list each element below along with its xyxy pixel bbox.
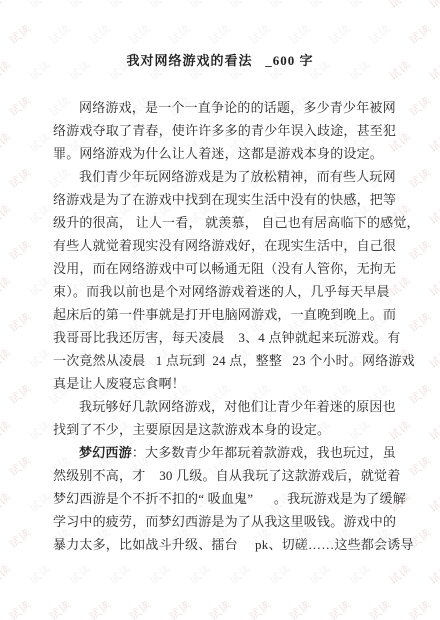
watermark-text: 试读	[206, 596, 235, 620]
watermark-text: 试读	[406, 236, 435, 264]
watermark-text: 试读	[126, 596, 155, 620]
watermark-text: 试读	[286, 20, 315, 48]
watermark-text: 试读	[66, 560, 95, 588]
watermark-text: 试读	[186, 560, 215, 588]
watermark-text: 试读	[6, 164, 35, 192]
watermark-text: 试读	[86, 596, 115, 620]
text-line: 束）。而我以前也是个对网络游戏着迷的人，几乎每天早晨	[53, 280, 393, 303]
watermark-text: 试读	[0, 560, 14, 588]
watermark-text: 试读	[0, 416, 14, 444]
watermark-text: 试读	[246, 596, 275, 620]
watermark-text: 试读	[0, 272, 14, 300]
watermark-text: 试读	[146, 560, 175, 588]
watermark-text: 试读	[326, 20, 355, 48]
watermark-text: 试读	[366, 20, 395, 48]
watermark-text: 试读	[206, 20, 235, 48]
watermark-text: 试读	[426, 200, 440, 228]
text-line: 暴力太多，比如战斗升级、擂台 pk、切磋……这些都会诱导	[53, 533, 393, 556]
watermark-text: 试读	[106, 560, 135, 588]
watermark-text: 试读	[106, 0, 135, 12]
watermark-text: 试读	[6, 92, 35, 120]
watermark-text: 试读	[406, 20, 435, 48]
watermark-text: 试读	[0, 344, 14, 372]
text-line: 络游戏夺取了青春，使许许多多的青少年误入歧途，甚至犯	[53, 119, 393, 142]
watermark-text: 试读	[286, 596, 315, 620]
text-line: 络游戏是为了在游戏中找到在现实生活中没有的快感，把等	[53, 188, 393, 211]
text-line: 罪。网络游戏为什么让人着迷，这都是游戏本身的设定。	[53, 142, 393, 165]
watermark-text: 试读	[306, 0, 335, 12]
text-line: 梦幻西游：大多数青少年都玩着款游戏，我也玩过，虽	[53, 441, 393, 464]
text-line: 我们青少年玩网络游戏是为了放松精神，而有些人玩网	[53, 165, 393, 188]
watermark-text: 试读	[6, 380, 35, 408]
watermark-text: 试读	[26, 272, 55, 300]
watermark-text: 试读	[0, 0, 14, 12]
text-line: 学习中的疲劳，而梦幻西游是为了从我这里吸钱。游戏中的	[53, 510, 393, 533]
text-line: 一次竟然从凌晨 1 点玩到 24 点，整整 23 个小时。网络游戏	[53, 349, 393, 372]
watermark-text: 试读	[406, 308, 435, 336]
watermark-text: 试读	[406, 452, 435, 480]
watermark-text: 试读	[426, 0, 440, 12]
watermark-text: 试读	[426, 128, 440, 156]
watermark-text: 试读	[426, 344, 440, 372]
watermark-text: 试读	[86, 20, 115, 48]
watermark-text: 试读	[26, 560, 55, 588]
text-line: 网络游戏，是一个一直争论的的话题，多少青少年被网	[53, 96, 393, 119]
watermark-text: 试读	[406, 164, 435, 192]
document-page: 试读试读试读试读试读试读试读试读试读试读试读试读试读试读试读试读试读试读试读试读…	[0, 0, 440, 620]
text-line: 真是让人废寝忘食啊！	[53, 372, 393, 395]
watermark-text: 试读	[6, 308, 35, 336]
watermark-text: 试读	[226, 0, 255, 12]
watermark-text: 试读	[26, 200, 55, 228]
watermark-text: 试读	[386, 0, 415, 12]
watermark-text: 试读	[366, 596, 395, 620]
watermark-text: 试读	[26, 0, 55, 12]
watermark-text: 试读	[26, 128, 55, 156]
watermark-text: 试读	[6, 452, 35, 480]
watermark-text: 试读	[426, 560, 440, 588]
watermark-text: 试读	[66, 0, 95, 12]
watermark-text: 试读	[266, 0, 295, 12]
watermark-text: 试读	[346, 560, 375, 588]
watermark-text: 试读	[266, 560, 295, 588]
watermark-text: 试读	[46, 20, 75, 48]
watermark-text: 试读	[0, 128, 14, 156]
watermark-text: 试读	[6, 524, 35, 552]
watermark-text: 试读	[326, 596, 355, 620]
watermark-text: 试读	[226, 560, 255, 588]
watermark-text: 试读	[426, 272, 440, 300]
text-line: 梦幻西游是个不折不扣的“ 吸血鬼” 。我玩游戏是为了缓解	[53, 487, 393, 510]
watermark-text: 试读	[246, 20, 275, 48]
text-line: 找到了不少，主要原因是这款游戏本身的设定。	[53, 418, 393, 441]
text-line: 然级别不高，才 30 几级。自从我玩了这款游戏后，就觉着	[53, 464, 393, 487]
watermark-text: 试读	[146, 0, 175, 12]
document-title: 我对网络游戏的看法 _600 字	[0, 50, 440, 69]
document-body: 网络游戏，是一个一直争论的的话题，多少青少年被网 络游戏夺取了青春，使许许多多的…	[53, 96, 393, 556]
watermark-text: 试读	[186, 0, 215, 12]
watermark-text: 试读	[406, 596, 435, 620]
watermark-text: 试读	[6, 236, 35, 264]
text-line: 没用，而在网络游戏中可以畅通无阻（没有人管你，无拘无	[53, 257, 393, 280]
watermark-text: 试读	[46, 596, 75, 620]
text-line: 起床后的第一件事就是打开电脑网游戏，一直晚到晚上。而	[53, 303, 393, 326]
game-name-bold: 梦幻西游	[79, 445, 132, 460]
watermark-text: 试读	[26, 344, 55, 372]
watermark-text: 试读	[6, 596, 35, 620]
watermark-text: 试读	[26, 488, 55, 516]
watermark-text: 试读	[406, 380, 435, 408]
watermark-text: 试读	[0, 200, 14, 228]
watermark-text: 试读	[386, 560, 415, 588]
text-line: 有些人就觉着现实没有网络游戏好，在现实生活中，自己很	[53, 234, 393, 257]
watermark-text: 试读	[166, 596, 195, 620]
watermark-text: 试读	[426, 416, 440, 444]
watermark-text: 试读	[126, 20, 155, 48]
text-line-rest: ：大多数青少年都玩着款游戏，我也玩过，虽	[132, 445, 396, 460]
watermark-text: 试读	[6, 20, 35, 48]
watermark-text: 试读	[346, 0, 375, 12]
watermark-text: 试读	[426, 488, 440, 516]
watermark-text: 试读	[26, 416, 55, 444]
watermark-text: 试读	[406, 92, 435, 120]
watermark-text: 试读	[0, 488, 14, 516]
text-line: 级升的很高， 让人一看， 就羡慕， 自己也有居高临下的感觉，	[53, 211, 393, 234]
text-line: 我玩够好几款网络游戏，对他们让青少年着迷的原因也	[53, 395, 393, 418]
watermark-text: 试读	[166, 20, 195, 48]
watermark-text: 试读	[306, 560, 335, 588]
text-line: 我哥哥比我还厉害，每天凌晨 3、4 点钟就起来玩游戏。有	[53, 326, 393, 349]
